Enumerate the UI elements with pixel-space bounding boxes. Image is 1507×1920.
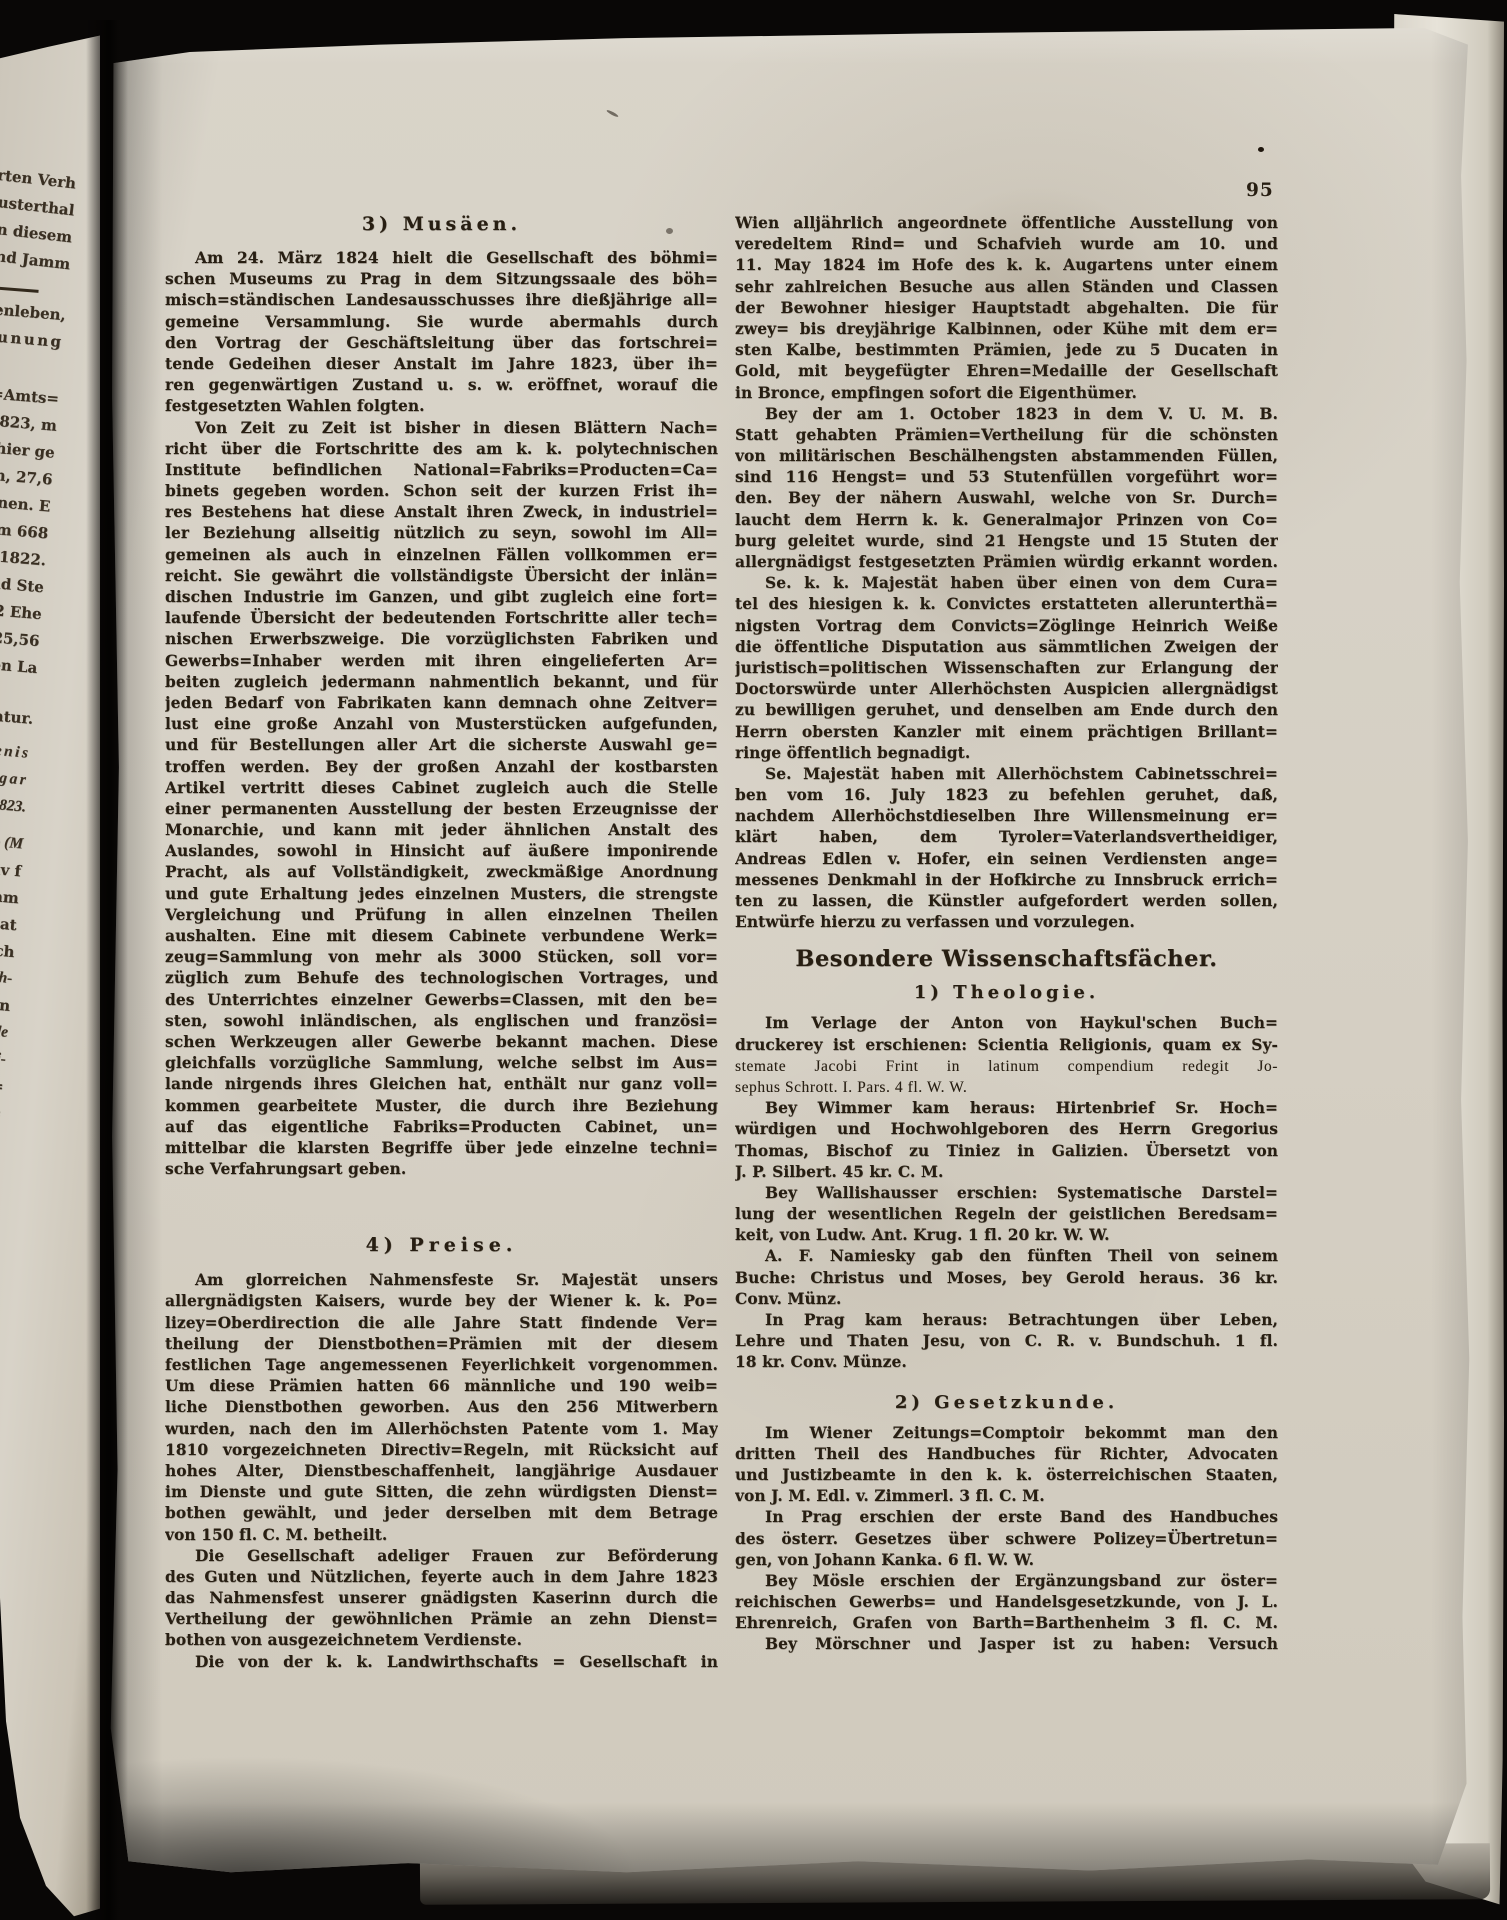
text-line: tende Gedeihen dieser Anstalt im Jahre 1… xyxy=(165,354,718,375)
column-left: 3) Musäen.Am 24. März 1824 hielt die Ges… xyxy=(165,213,718,1673)
spine-text: er Literatur. xyxy=(0,702,34,728)
text-line: Pracht, als auf Vollständigkeit, zweckmä… xyxy=(165,862,718,883)
text-line: 1810 vorgezeichneten Directiv=Regeln, mi… xyxy=(165,1440,718,1461)
text-line: wurden, nach den im Allerhöchsten Patent… xyxy=(165,1419,718,1440)
text-line: Vergleichung und Prüfung in allen einzel… xyxy=(165,905,718,926)
text-line: Die von der k. k. Landwirthschafts = Ges… xyxy=(165,1652,718,1673)
text-line: ten zu lassen, die Künstler aufgefordert… xyxy=(735,891,1278,912)
paragraph: Die Gesellschaft adeliger Frauen zur Bef… xyxy=(165,1546,718,1652)
text-line: Artikel vertritt dieses Cabinet zugleich… xyxy=(165,778,718,799)
text-line: theilung der Dienstbothen=Prämien mit de… xyxy=(165,1334,718,1355)
ink-speck xyxy=(606,109,619,118)
text-line: messenes Denkmahl in der Hofkirche zu In… xyxy=(735,870,1278,891)
text-line: würdigen und Hochwohlgeboren des Herrn G… xyxy=(735,1119,1278,1140)
text-line: zwey= bis dreyjährige Kalbinnen, oder Kü… xyxy=(735,319,1278,340)
text-line: den. Bey der nähern Auswahl, welche von … xyxy=(735,488,1278,509)
text-line: Im Wiener Zeitungs=Comptoir bekommt man … xyxy=(735,1423,1278,1444)
paragraph: Von Zeit zu Zeit ist bisher in diesen Bl… xyxy=(165,418,718,1181)
text-line: burg geleitet wurde, sind 21 Hengste und… xyxy=(735,531,1278,552)
paragraph: In Prag erschien der erste Band des Hand… xyxy=(735,1507,1278,1571)
text-line: sephus Schrott. I. Pars. 4 fl. W. W. xyxy=(735,1077,1278,1098)
paragraph: Se. k. k. Majestät haben über einen von … xyxy=(735,573,1278,764)
text-line: dritten Theil des Handbuches für Richter… xyxy=(735,1444,1278,1465)
paragraph: Bey Wallishausser erschien: Systematisch… xyxy=(735,1183,1278,1247)
text-line: schen Museums zu Prag in dem Sitzungssaa… xyxy=(165,269,718,290)
text-line: Vertheilung der gewöhnlichen Prämie an z… xyxy=(165,1609,718,1630)
spacer xyxy=(0,26,100,176)
text-line: in Bronce, empfingen sofort die Eigenthü… xyxy=(735,383,1278,404)
paragraph: Im Wiener Zeitungs=Comptoir bekommt man … xyxy=(735,1423,1278,1508)
text-line: und für Bestellungen aller Art die siche… xyxy=(165,735,718,756)
paragraph: Im Verlage der Anton von Haykul'schen Bu… xyxy=(735,1013,1278,1098)
text-line: der Bewohner hiesiger Hauptstadt abgehal… xyxy=(735,298,1278,319)
text-line: A. F. Namiesky gab den fünften Theil von… xyxy=(735,1246,1278,1267)
text-line: Buche: Christus und Moses, bey Gerold he… xyxy=(735,1268,1278,1289)
text-line: gemeine Versammlung. Sie wurde abermahls… xyxy=(165,312,718,333)
text-line: Se. Majestät haben mit Allerhöchstem Cab… xyxy=(735,764,1278,785)
text-line: Gewerbs=Inhaber werden mit ihren eingeli… xyxy=(165,651,718,672)
text-line: reichischen Gewerbs= und Handelsgesetzku… xyxy=(735,1592,1278,1613)
text-line: lizey=Oberdirection die alle Jahre Statt… xyxy=(165,1313,718,1334)
text-line: Bey Mörschner und Jasper ist zu haben: V… xyxy=(735,1634,1278,1655)
text-line: troffen werden. Bey der großen Anzahl de… xyxy=(165,757,718,778)
text-line: nischen Erwerbszweige. Die vorzüglichste… xyxy=(165,629,718,650)
text-line: Bey Mösle erschien der Ergänzungsband zu… xyxy=(735,1571,1278,1592)
text-line: sten, sowohl inländischen, als englische… xyxy=(165,1011,718,1032)
paragraph: Bey Mörschner und Jasper ist zu haben: V… xyxy=(735,1634,1278,1655)
ink-speck xyxy=(1258,147,1264,152)
text-line: und gute Erhaltung jedes einzelnen Muste… xyxy=(165,884,718,905)
text-line: Lehre und Thaten Jesu, von C. R. v. Bund… xyxy=(735,1331,1278,1352)
text-line: Thomas, Bischof zu Tiniez in Galizien. Ü… xyxy=(735,1141,1278,1162)
page: 95 3) Musäen.Am 24. März 1824 hielt die … xyxy=(108,28,1472,1876)
text-line: den Vortrag der Geschäftsleitung über da… xyxy=(165,333,718,354)
horizontal-rule-fragment xyxy=(0,285,39,293)
text-line: Die Gesellschaft adeliger Frauen zur Bef… xyxy=(165,1546,718,1567)
text-line: reicht. Sie gewährt die vollständigste Ü… xyxy=(165,566,718,587)
book-photo: { "palette":{"background":"#090706","pap… xyxy=(0,0,1507,1920)
text-line: Statt gehabten Prämien=Vertheilung für d… xyxy=(735,425,1278,446)
left-page-edge-text: einer nie erhörten Verhuptströme des Pus… xyxy=(0,26,100,1888)
text-line: im Dienste und gute Sitten, die zehn wür… xyxy=(165,1482,718,1503)
text-line: sehr zahlreichen Besuche aus allen Ständ… xyxy=(735,277,1278,298)
page-number: 95 xyxy=(1246,180,1274,201)
text-line: Bey Wallishausser erschien: Systematisch… xyxy=(735,1183,1278,1204)
text-line: Am glorreichen Nahmensfeste Sr. Majestät… xyxy=(165,1270,718,1291)
paragraph: Die von der k. k. Landwirthschafts = Ges… xyxy=(165,1652,718,1673)
text-line: zeug=Sammlung von mehr als 3000 Stücken,… xyxy=(165,947,718,968)
text-line: druckerey ist erschienen: Scientia Relig… xyxy=(735,1035,1278,1056)
text-line: Am 24. März 1824 hielt die Gesellschaft … xyxy=(165,248,718,269)
text-line: gemeinen als auch in einzelnen Fällen vo… xyxy=(165,545,718,566)
text-line: nachdem Allerhöchstdieselben Ihre Willen… xyxy=(735,806,1278,827)
paragraph: In Prag kam heraus: Betrachtungen über L… xyxy=(735,1310,1278,1374)
text-line: In Prag kam heraus: Betrachtungen über L… xyxy=(735,1310,1278,1331)
text-line: züglich zum Behufe des technologischen V… xyxy=(165,968,718,989)
paragraph: Am glorreichen Nahmensfeste Sr. Majestät… xyxy=(165,1270,718,1545)
text-line: kommen gearbeitete Muster, die durch ihr… xyxy=(165,1096,718,1117)
text-line: laufende Übersicht der bedeutenden Forts… xyxy=(165,608,718,629)
text-line: festgesetzten Wahlen folgten. xyxy=(165,396,718,417)
spine-text: — 1823. xyxy=(0,794,27,816)
text-line: gen, von Johann Kanka. 6 fl. W. W. xyxy=(735,1550,1278,1571)
text-line: nigsten Vortrag dem Convicts=Zöglinge He… xyxy=(735,616,1278,637)
text-line: lande nirgends ihres Gleichen hat, enthä… xyxy=(165,1074,718,1095)
text-line: bothen von ausgezeichnetem Verdienste. xyxy=(165,1630,718,1651)
text-line: hohes Alter, Dienstbeschaffenheit, langj… xyxy=(165,1461,718,1482)
text-line: festlichen Tage angemessenen Feyerlichke… xyxy=(165,1355,718,1376)
text-line: aushalten. Eine mit diesem Cabinete verb… xyxy=(165,926,718,947)
text-line: dischen Industrie im Ganzen, und gibt zu… xyxy=(165,587,718,608)
text-line: von militärischen Beschälhengsten abstam… xyxy=(735,446,1278,467)
text-line: beiten zugleich jedermann nahmentlich be… xyxy=(165,672,718,693)
spine-text-fragment: er Literatur. xyxy=(0,697,45,738)
paragraph: A. F. Namiesky gab den fünften Theil von… xyxy=(735,1246,1278,1310)
text-line: allergnädigst festgesetzten Prämien würd… xyxy=(735,552,1278,573)
text-line: von 150 fl. C. M. betheilt. xyxy=(165,1525,718,1546)
text-line: misch=ständischen Landesausschusses ihre… xyxy=(165,290,718,311)
left-page-edge: einer nie erhörten Verhuptströme des Pus… xyxy=(0,26,100,1920)
text-line: schen Werkzeugen aller Gewerbe bekannt m… xyxy=(165,1032,718,1053)
text-line: und Justizbeamte in den k. k. österreich… xyxy=(735,1465,1278,1486)
text-line: stemate Jacobi Frint in latinum compendi… xyxy=(735,1056,1278,1077)
text-line: 11. May 1824 im Hofe des k. k. Augartens… xyxy=(735,255,1278,276)
text-line: einer permanenten Ausstellung der besten… xyxy=(165,799,718,820)
text-line: lust eine große Anzahl von Musterstücken… xyxy=(165,714,718,735)
text-line: lung der wesentlichen Regeln der geistli… xyxy=(735,1204,1278,1225)
text-line: veredeltem Rind= und Schafvieh wurde am … xyxy=(735,234,1278,255)
text-line: Andreas Edlen v. Hofer, ein seinen Verdi… xyxy=(735,849,1278,870)
paragraph: Wien alljährlich angeordnete öffentliche… xyxy=(735,213,1278,404)
text-line: ben vom 16. July 1823 zu befehlen geruhe… xyxy=(735,785,1278,806)
text-line: Bey Wimmer kam heraus: Hirtenbrief Sr. H… xyxy=(735,1098,1278,1119)
text-line: sten Kalbe, bestimmten Prämien, jede zu … xyxy=(735,340,1278,361)
text-line: In Prag erschien der erste Band des Hand… xyxy=(735,1507,1278,1528)
text-line: von J. M. Edl. v. Zimmerl. 3 fl. C. M. xyxy=(735,1486,1278,1507)
text-line: Von Zeit zu Zeit ist bisher in diesen Bl… xyxy=(165,418,718,439)
paragraph: Bey Mösle erschien der Ergänzungsband zu… xyxy=(735,1571,1278,1635)
column-right: Wien alljährlich angeordnete öffentliche… xyxy=(735,213,1278,1656)
text-line: Um diese Prämien hatten 66 männliche und… xyxy=(165,1376,718,1397)
text-line: auf das eigentliche Fabriks=Producten Ca… xyxy=(165,1117,718,1138)
text-line: Institute befindlichen National=Fabriks=… xyxy=(165,460,718,481)
text-line: ren gegenwärtigen Zustand u. s. w. eröff… xyxy=(165,375,718,396)
text-line: res Bestehens hat diese Anstalt ihren Zw… xyxy=(165,502,718,523)
text-line: Wien alljährlich angeordnete öffentliche… xyxy=(735,213,1278,234)
text-line: Bey der am 1. October 1823 in dem V. U. … xyxy=(735,404,1278,425)
text-line: die öffentliche Disputation aus sämmtlic… xyxy=(735,637,1278,658)
text-line: J. P. Silbert. 45 kr. C. M. xyxy=(735,1162,1278,1183)
paragraph: Bey der am 1. October 1823 in dem V. U. … xyxy=(735,404,1278,574)
text-line: Monarchie, und kann mit jeder ähnlichen … xyxy=(165,820,718,841)
section-heading: 1) Theologie. xyxy=(735,982,1278,1003)
spine-text-fragment: n Menschenleben, xyxy=(0,293,77,334)
text-line: keit, von Ludw. Ant. Krug. 1 fl. 20 kr. … xyxy=(735,1225,1278,1246)
text-line: Se. k. k. Majestät haben über einen von … xyxy=(735,573,1278,594)
text-line: Herrn obersten Kanzler mit einem prächti… xyxy=(735,722,1278,743)
text-line: ringe öffentlich begnadigt. xyxy=(735,743,1278,764)
text-line: binets gegeben worden. Schon seit der ku… xyxy=(165,481,718,502)
text-line: 18 kr. Conv. Münze. xyxy=(735,1352,1278,1373)
section-heading: Besondere Wissenschaftsfächer. xyxy=(735,946,1278,972)
text-line: des Unterrichtes einzelner Gewerbs=Class… xyxy=(165,990,718,1011)
text-line: Gold, mit beygefügter Ehren=Medaille der… xyxy=(735,361,1278,382)
text-line: richt über die Fortschritte des am k. k.… xyxy=(165,439,718,460)
text-line: tel des hiesigen k. k. Convictes erstatt… xyxy=(735,594,1278,615)
text-line: Ehrenreich, Grafen von Barth=Barthenheim… xyxy=(735,1613,1278,1634)
paragraph: Bey Wimmer kam heraus: Hirtenbrief Sr. H… xyxy=(735,1098,1278,1183)
text-line: allergnädigsten Kaisers, wurde bey der W… xyxy=(165,1291,718,1312)
text-line: das Nahmensfest unserer gnädigsten Kaser… xyxy=(165,1588,718,1609)
text-line: klärt haben, dem Tyroler=Vaterlandsverth… xyxy=(735,827,1278,848)
spine-text: n Menschenleben, xyxy=(0,294,66,324)
text-line: jeden Bedarf von Fabrikaten kann demnach… xyxy=(165,693,718,714)
section-heading: 4) Preise. xyxy=(165,1234,718,1256)
paragraph: Se. Majestät haben mit Allerhöchstem Cab… xyxy=(735,764,1278,934)
paragraph: Am 24. März 1824 hielt die Gesellschaft … xyxy=(165,248,718,418)
text-line: Im Verlage der Anton von Haykul'schen Bu… xyxy=(735,1013,1278,1034)
section-heading: 3) Musäen. xyxy=(165,213,718,235)
text-line: sche Verfahrungsart geben. xyxy=(165,1159,718,1180)
text-line: Entwürfe hierzu zu verfassen und vorzule… xyxy=(735,912,1278,933)
text-line: laucht dem Herrn k. k. Generalmajor Prin… xyxy=(735,510,1278,531)
text-line: gleichfalls vorzügliche Sammlung, welche… xyxy=(165,1053,718,1074)
text-line: bothen gewählt, und jeder derselben mit … xyxy=(165,1503,718,1524)
text-line: juristisch=politischen Wissenschaften zu… xyxy=(735,658,1278,679)
text-line: mittelbar die klarsten Begriffe über jed… xyxy=(165,1138,718,1159)
text-line: des österr. Gesetzes über schwere Polize… xyxy=(735,1529,1278,1550)
text-line: Doctorswürde unter Allerhöchsten Auspici… xyxy=(735,679,1278,700)
text-line: Auslandes, sowohl in Hinsicht auf äußere… xyxy=(165,841,718,862)
text-line: des Guten und Nützlichen, feyerte auch i… xyxy=(165,1567,718,1588)
section-heading: 2) Gesetzkunde. xyxy=(735,1392,1278,1413)
text-line: Conv. Münz. xyxy=(735,1289,1278,1310)
text-line: liche Dienstbothen geworben. Aus den 256… xyxy=(165,1397,718,1418)
spine-text: e 1822. xyxy=(0,546,47,569)
text-line: ler Beziehung allseitig nützlich zu seyn… xyxy=(165,523,718,544)
text-line: zu bewilligen geruhet, und denselben am … xyxy=(735,700,1278,721)
text-line: sind 116 Hengst= und 53 Stutenfüllen vor… xyxy=(735,467,1278,488)
